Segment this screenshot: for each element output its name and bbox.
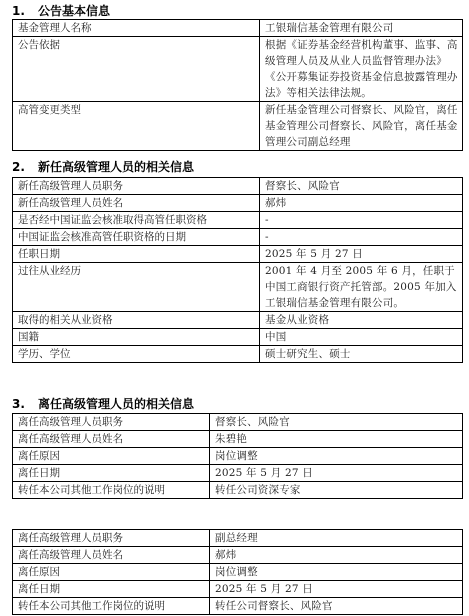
table-row: 新任高级管理人员职务 督察长、风险官 bbox=[13, 178, 463, 195]
row-value: 新任基金管理公司督察长、风险官，离任基金管理公司督察长、风险官，离任基金管理公司… bbox=[260, 102, 463, 151]
row-value: 基金从业资格 bbox=[260, 312, 463, 329]
row-label: 离任高级管理人员姓名 bbox=[13, 547, 210, 564]
row-label: 取得的相关从业资格 bbox=[13, 312, 260, 329]
row-value: 郝炜 bbox=[260, 195, 463, 212]
row-label: 离任高级管理人员职务 bbox=[13, 530, 210, 547]
row-label: 离任高级管理人员姓名 bbox=[13, 431, 210, 448]
table-row: 学历、学位 硕士研究生、硕士 bbox=[13, 346, 463, 363]
row-label: 转任本公司其他工作岗位的说明 bbox=[13, 482, 210, 499]
row-label: 过往从业经历 bbox=[13, 263, 260, 312]
section-1-heading: 1.公告基本信息 bbox=[12, 4, 110, 18]
table-row: 离任高级管理人员职务 督察长、风险官 bbox=[13, 414, 463, 431]
table-row: 任职日期 2025 年 5 月 27 日 bbox=[13, 246, 463, 263]
row-value: 转任公司资深专家 bbox=[210, 482, 463, 499]
table-row: 高管变更类型 新任基金管理公司督察长、风险官，离任基金管理公司督察长、风险官，离… bbox=[13, 102, 463, 151]
row-label: 离任日期 bbox=[13, 581, 210, 598]
table-row: 离任高级管理人员姓名 郝炜 bbox=[13, 547, 463, 564]
table-row: 离任日期 2025 年 5 月 27 日 bbox=[13, 465, 463, 482]
new-executive-info-table: 新任高级管理人员职务 督察长、风险官 新任高级管理人员姓名 郝炜 是否经中国证监… bbox=[12, 177, 463, 363]
row-label: 离任原因 bbox=[13, 564, 210, 581]
row-label: 新任高级管理人员姓名 bbox=[13, 195, 260, 212]
table-row: 离任高级管理人员职务 副总经理 bbox=[13, 530, 463, 547]
announcement-basic-info-table: 基金管理人名称 工银瑞信基金管理有限公司 公告依据 根据《证券基金经营机构董事、… bbox=[12, 19, 463, 151]
row-label: 离任日期 bbox=[13, 465, 210, 482]
row-value: - bbox=[260, 212, 463, 229]
section-3-heading: 3.离任高级管理人员的相关信息 bbox=[12, 397, 194, 411]
row-value: 岗位调整 bbox=[210, 448, 463, 465]
row-label: 是否经中国证监会核准取得高管任职资格 bbox=[13, 212, 260, 229]
row-value: - bbox=[260, 229, 463, 246]
section-number: 2. bbox=[12, 160, 38, 174]
table-row: 是否经中国证监会核准取得高管任职资格 - bbox=[13, 212, 463, 229]
row-value: 中国 bbox=[260, 329, 463, 346]
row-value: 2025 年 5 月 27 日 bbox=[210, 581, 463, 598]
section-title: 新任高级管理人员的相关信息 bbox=[38, 160, 194, 174]
row-value: 2001 年 4 月至 2005 年 6 月，任职于中国工商银行资产托管部。20… bbox=[260, 263, 463, 312]
table-row: 国籍 中国 bbox=[13, 329, 463, 346]
row-label: 中国证监会核准高管任职资格的日期 bbox=[13, 229, 260, 246]
section-2-heading: 2.新任高级管理人员的相关信息 bbox=[12, 160, 194, 174]
row-value: 郝炜 bbox=[210, 547, 463, 564]
row-value: 岗位调整 bbox=[210, 564, 463, 581]
table-row: 基金管理人名称 工银瑞信基金管理有限公司 bbox=[13, 20, 463, 37]
section-title: 公告基本信息 bbox=[38, 4, 110, 18]
table-row: 离任原因 岗位调整 bbox=[13, 564, 463, 581]
row-value: 工银瑞信基金管理有限公司 bbox=[260, 20, 463, 37]
row-label: 高管变更类型 bbox=[13, 102, 260, 151]
row-value: 2025 年 5 月 27 日 bbox=[260, 246, 463, 263]
departing-executive-table-2: 离任高级管理人员职务 副总经理 离任高级管理人员姓名 郝炜 离任原因 岗位调整 … bbox=[12, 529, 463, 615]
departing-executive-table-1: 离任高级管理人员职务 督察长、风险官 离任高级管理人员姓名 朱碧艳 离任原因 岗… bbox=[12, 413, 463, 499]
row-value: 转任公司督察长、风险官 bbox=[210, 598, 463, 615]
row-label: 学历、学位 bbox=[13, 346, 260, 363]
table-row: 离任原因 岗位调整 bbox=[13, 448, 463, 465]
row-value: 硕士研究生、硕士 bbox=[260, 346, 463, 363]
row-label: 离任原因 bbox=[13, 448, 210, 465]
section-number: 1. bbox=[12, 4, 38, 18]
row-value: 2025 年 5 月 27 日 bbox=[210, 465, 463, 482]
row-value: 督察长、风险官 bbox=[210, 414, 463, 431]
section-title: 离任高级管理人员的相关信息 bbox=[38, 397, 194, 411]
row-label: 任职日期 bbox=[13, 246, 260, 263]
row-label: 国籍 bbox=[13, 329, 260, 346]
row-value: 副总经理 bbox=[210, 530, 463, 547]
row-value: 根据《证券基金经营机构董事、监事、高级管理人员及从业人员监督管理办法》《公开募集… bbox=[260, 37, 463, 102]
row-value: 朱碧艳 bbox=[210, 431, 463, 448]
row-value: 督察长、风险官 bbox=[260, 178, 463, 195]
table-row: 取得的相关从业资格 基金从业资格 bbox=[13, 312, 463, 329]
table-row: 新任高级管理人员姓名 郝炜 bbox=[13, 195, 463, 212]
row-label: 新任高级管理人员职务 bbox=[13, 178, 260, 195]
table-row: 公告依据 根据《证券基金经营机构董事、监事、高级管理人员及从业人员监督管理办法》… bbox=[13, 37, 463, 102]
table-row: 过往从业经历 2001 年 4 月至 2005 年 6 月，任职于中国工商银行资… bbox=[13, 263, 463, 312]
row-label: 离任高级管理人员职务 bbox=[13, 414, 210, 431]
section-number: 3. bbox=[12, 397, 38, 411]
table-row: 离任高级管理人员姓名 朱碧艳 bbox=[13, 431, 463, 448]
row-label: 转任本公司其他工作岗位的说明 bbox=[13, 598, 210, 615]
row-label: 基金管理人名称 bbox=[13, 20, 260, 37]
table-row: 转任本公司其他工作岗位的说明 转任公司督察长、风险官 bbox=[13, 598, 463, 615]
row-label: 公告依据 bbox=[13, 37, 260, 102]
table-row: 离任日期 2025 年 5 月 27 日 bbox=[13, 581, 463, 598]
table-row: 中国证监会核准高管任职资格的日期 - bbox=[13, 229, 463, 246]
table-row: 转任本公司其他工作岗位的说明 转任公司资深专家 bbox=[13, 482, 463, 499]
